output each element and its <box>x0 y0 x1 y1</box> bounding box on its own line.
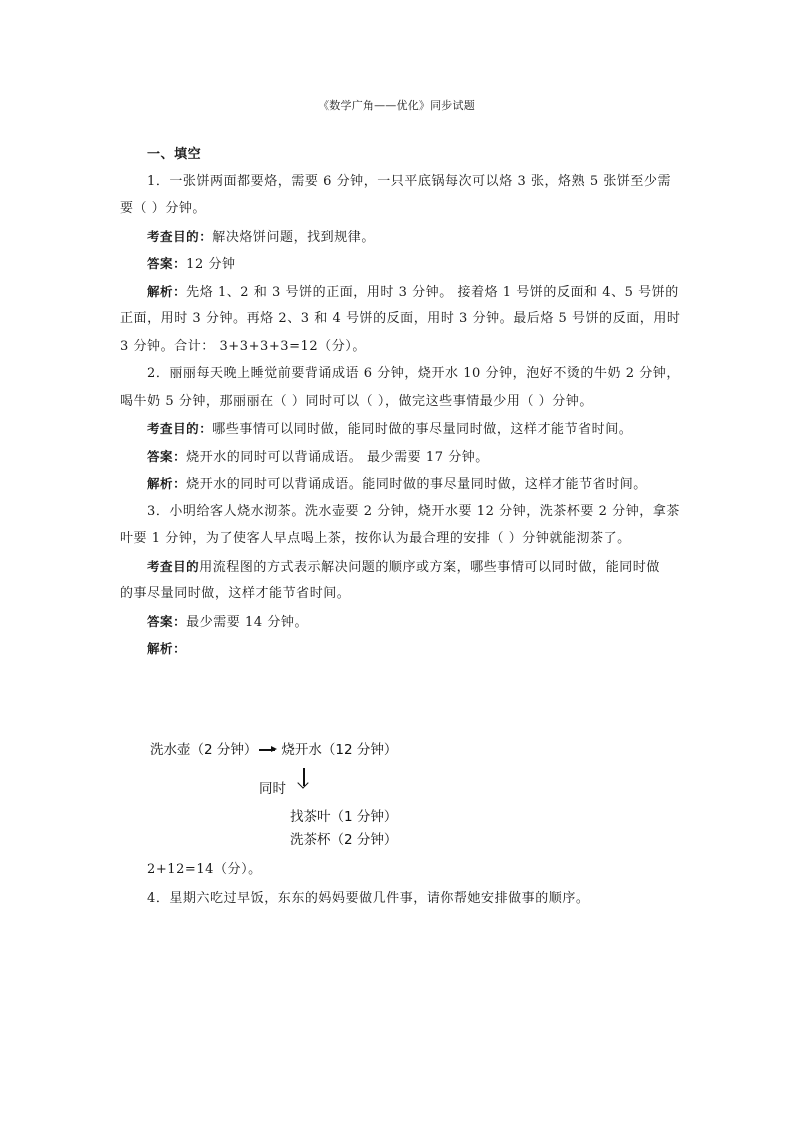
q2-purpose: 考查目的：哪些事情可以同时做，能同时做的事尽量同时做，这样才能节省时间。 <box>147 421 676 438</box>
q2-answer: 答案：烧开水的同时可以背诵成语。 最少需要 17 分钟。 <box>147 449 676 466</box>
arrow-down-icon <box>303 768 305 786</box>
answer-label: 答案： <box>147 449 186 464</box>
q3-purpose-line2: 的事尽量同时做，这样才能节省时间。 <box>120 586 676 602</box>
section-heading: 一、填空 <box>147 147 676 163</box>
q2-text-line2: 喝牛奶 5 分钟，那丽丽在（ ）同时可以（ ），做完这些事情最少用（ ）分钟。 <box>120 394 676 410</box>
analysis-label: 解析： <box>147 641 186 656</box>
q1-analysis-line2: 正面，用时 3 分钟。再烙 2、3 和 4 号饼的反面，用时 3 分钟。最后烙 … <box>120 311 676 327</box>
flow-step-boil-water: 烧开水（12 分钟） <box>281 742 397 758</box>
q1-answer: 答案：12 分钟 <box>147 256 676 273</box>
flow-parallel-wash-cups: 洗茶杯（2 分钟） <box>290 828 397 848</box>
flow-simultaneous-label: 同时 <box>259 777 286 797</box>
q1-analysis-line3: 3 分钟。合计： 3+3+3+3=12（分）。 <box>120 339 676 355</box>
flow-parallel-find-tea: 找茶叶（1 分钟） <box>290 805 397 825</box>
flowchart-row1: 洗水壶（2 分钟）烧开水（12 分钟） <box>150 738 397 758</box>
q1-purpose: 考查目的：解决烙饼问题，找到规律。 <box>147 229 676 246</box>
arrow-right-icon <box>259 749 275 750</box>
q2-text-line1: 2．丽丽每天晚上睡觉前要背诵成语 6 分钟，烧开水 10 分钟，泡好不烫的牛奶 … <box>147 366 676 382</box>
q1-analysis-line1: 解析：先烙 1、2 和 3 号饼的正面，用时 3 分钟。 接着烙 1 号饼的反面… <box>147 284 676 301</box>
q3-analysis-label: 解析： <box>147 641 676 658</box>
answer-label: 答案： <box>147 256 186 271</box>
analysis-text: 烧开水的同时可以背诵成语。能同时做的事尽量同时做，这样才能节省时间。 <box>186 477 647 492</box>
q3-calc: 2+12=14（分）。 <box>147 862 676 878</box>
q2-analysis: 解析：烧开水的同时可以背诵成语。能同时做的事尽量同时做，这样才能节省时间。 <box>147 476 676 493</box>
purpose-text: 解决烙饼问题，找到规律。 <box>212 230 375 245</box>
q1-text-line1: 1．一张饼两面都要烙，需要 6 分钟，一只平底锅每次可以烙 3 张，烙熟 5 张… <box>147 174 676 190</box>
q1-text-line2: 要（ ）分钟。 <box>120 201 676 217</box>
q3-answer: 答案：最少需要 14 分钟。 <box>147 614 676 631</box>
document-title: 《数学广角——优化》同步试题 <box>0 97 793 113</box>
purpose-text: 用流程图的方式表示解决问题的顺序或方案，哪些事情可以同时做，能同时做 <box>199 560 660 575</box>
answer-text: 12 分钟 <box>186 257 235 272</box>
flow-step-wash-kettle: 洗水壶（2 分钟） <box>150 742 257 758</box>
q4-text-line1: 4．星期六吃过早饭，东东的妈妈要做几件事，请你帮她安排做事的顺序。 <box>147 891 676 907</box>
purpose-label: 考查目的： <box>147 421 212 436</box>
answer-text: 最少需要 14 分钟。 <box>186 615 308 630</box>
purpose-label: 考查目的 <box>147 559 199 574</box>
q3-text-line2: 叶要 1 分钟，为了使客人早点喝上茶，按你认为最合理的安排（ ）分钟就能沏茶了。 <box>120 531 676 547</box>
q3-purpose-line1: 考查目的用流程图的方式表示解决问题的顺序或方案，哪些事情可以同时做，能同时做 <box>147 559 676 576</box>
purpose-label: 考查目的： <box>147 229 212 244</box>
answer-label: 答案： <box>147 614 186 629</box>
analysis-label: 解析： <box>147 284 186 299</box>
q3-text-line1: 3．小明给客人烧水沏茶。洗水壶要 2 分钟，烧开水要 12 分钟，洗茶杯要 2 … <box>147 504 676 520</box>
purpose-text: 哪些事情可以同时做，能同时做的事尽量同时做，这样才能节省时间。 <box>212 422 632 437</box>
document-page: 《数学广角——优化》同步试题 一、填空 1．一张饼两面都要烙，需要 6 分钟，一… <box>0 0 793 1122</box>
analysis-text: 先烙 1、2 和 3 号饼的正面，用时 3 分钟。 接着烙 1 号饼的反面和 4… <box>186 285 679 300</box>
answer-text: 烧开水的同时可以背诵成语。 最少需要 17 分钟。 <box>186 450 489 465</box>
analysis-label: 解析： <box>147 476 186 491</box>
